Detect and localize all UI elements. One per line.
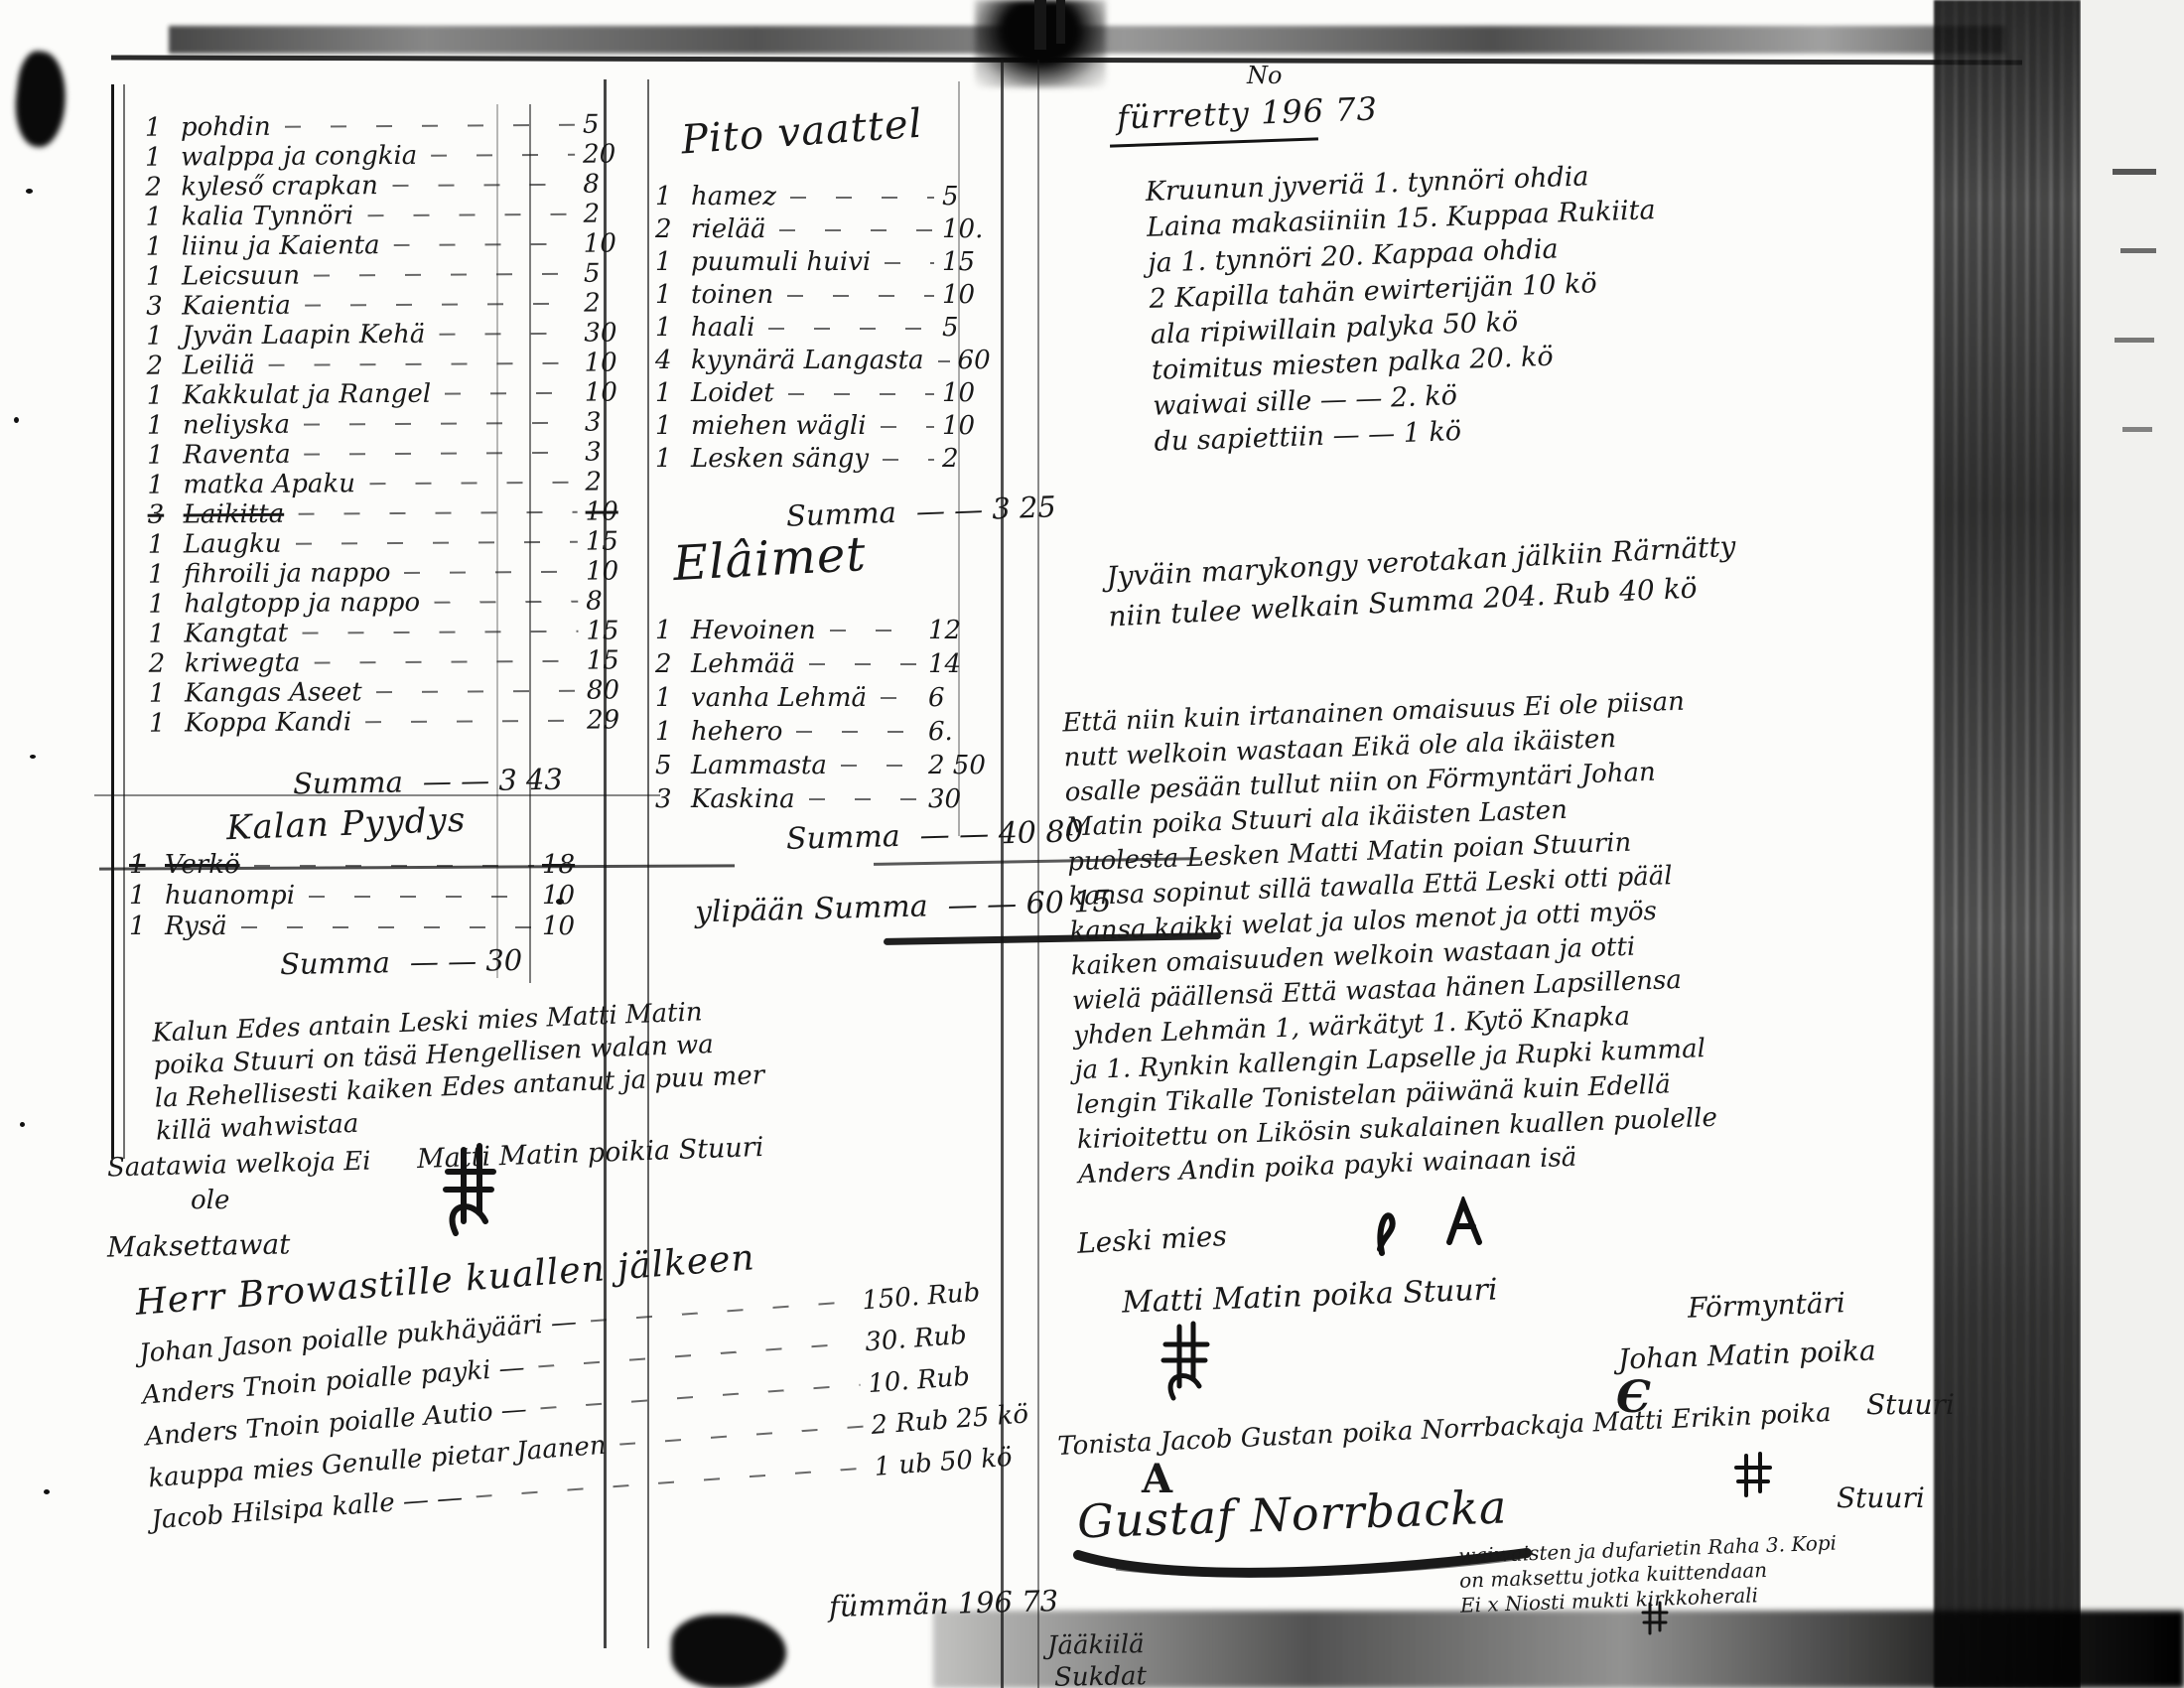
inventory-row: 1 Leicsuun 5	[146, 258, 647, 292]
inventory-row: 1 neliyska 3	[147, 407, 648, 441]
item-value: 8	[586, 586, 649, 616]
item-qty: 2	[149, 649, 185, 679]
margin-line	[123, 84, 125, 1159]
summa-value: — — 30	[410, 943, 523, 979]
inventory-row: 1 Koppa Kandi 29	[149, 705, 650, 739]
tax-note-paragraph: Jyväin marykongy verotakan jälkiin Rärnä…	[1106, 515, 1982, 637]
declaration-paragraph: Kalun Edes antain Leski mies Matti Matin…	[152, 992, 812, 1148]
dash-stroke	[241, 926, 534, 928]
item-qty: 1	[655, 681, 691, 715]
widower-bomaerke-mark	[1154, 1321, 1217, 1404]
item-qty: 4	[655, 345, 691, 377]
item-value: 15	[586, 526, 649, 556]
agreement-paragraph: Että niin kuin irtanainen omaisuus Ei ol…	[1062, 674, 2012, 1194]
inventory-row: 3 Laikitta 10	[148, 496, 649, 530]
closing-bomaerke-mark	[1640, 1601, 1670, 1636]
ink-blob-bottom	[671, 1615, 786, 1688]
inventory-row: 1 fihroili ja nappo 10	[148, 556, 649, 590]
dash-stroke	[768, 328, 934, 330]
item-label: matka Apaku	[183, 469, 361, 499]
item-label: Leicsuun	[182, 261, 306, 292]
item-label: Lesken sängy	[691, 443, 875, 476]
item-value: 18	[542, 850, 606, 881]
item-label: Leiliä	[182, 351, 260, 381]
inventory-row: 1 Jyvän Laapin Kehä 30	[146, 318, 647, 352]
dash-stroke	[883, 459, 934, 461]
ink-speck	[44, 1489, 50, 1494]
item-value: 30	[584, 318, 647, 348]
item-label: kyleső crapkan	[181, 171, 384, 202]
ink-blob-top-left	[10, 49, 70, 149]
item-qty: 2	[655, 647, 691, 681]
claims-line-2: ole	[191, 1186, 229, 1215]
item-qty: 1	[655, 181, 691, 213]
item-label: walppa ja congkia	[181, 141, 423, 173]
dash-stroke	[376, 690, 579, 693]
inventory-row: 2 Leiliä 10	[146, 348, 647, 381]
item-value: 3	[585, 437, 648, 467]
dash-stroke	[404, 571, 578, 574]
dash-stroke	[367, 213, 575, 216]
scanned-document-page: 1 pohdin 5 1 walppa ja congkia 20 2 kyle…	[0, 0, 2184, 1688]
item-value: 5	[942, 181, 998, 213]
bomaerke-mark	[432, 1142, 505, 1241]
summa-value: — — 3 43	[423, 763, 564, 798]
item-value: 10.	[942, 213, 998, 246]
item-label: kalia Tynnöri	[181, 201, 359, 231]
dash-stroke	[369, 482, 577, 485]
item-value: 2	[942, 443, 998, 476]
dash-stroke	[302, 631, 578, 634]
inventory-row: 1 walppa ja congkia 20	[145, 139, 646, 173]
item-value: 15	[586, 616, 649, 645]
item-value: 5	[942, 312, 998, 345]
item-label: Loidet	[691, 377, 780, 410]
dash-stroke	[619, 1426, 863, 1446]
item-value: 10	[586, 496, 649, 526]
inventory-row: 1 Kakkulat ja Rangel 10	[147, 377, 648, 411]
folio-number-label: No	[1247, 62, 1282, 89]
guardian-title: Förmyntäri	[1687, 1286, 1845, 1325]
summa-label: Summa	[293, 765, 403, 800]
item-qty: 1	[146, 262, 182, 292]
scan-bar-top-2	[1056, 0, 1065, 44]
item-label: haali	[691, 312, 760, 345]
item-value: 10	[942, 410, 998, 443]
fishing-row: 1 Verkö 18	[129, 850, 606, 881]
item-label: Kaientia	[182, 291, 297, 322]
header-underline	[1110, 137, 1318, 147]
item-qty: 1	[145, 143, 181, 173]
item-value: 10	[584, 228, 647, 258]
scan-right-margin	[2081, 0, 2184, 1688]
witness-bomaerke-mark	[1732, 1452, 1774, 1499]
item-qty: 1	[655, 246, 691, 279]
animal-row: 1 Hevoinen 12	[655, 614, 998, 647]
item-qty: 3	[655, 782, 691, 816]
dash-stroke	[881, 426, 934, 428]
item-qty: 1	[655, 443, 691, 476]
item-qty: 1	[145, 113, 181, 143]
summa-value: — — 3 25	[915, 490, 1056, 528]
clothing-row: 1 Loidet 10	[655, 377, 998, 410]
grain-paragraph: Kruunun jyveriä 1. tynnöri ohdiaLaina ma…	[1145, 151, 1830, 461]
item-value: 3	[585, 407, 648, 437]
item-value: 8	[583, 169, 646, 199]
item-value: 6	[928, 681, 998, 715]
animal-row: 5 Lammasta 2 50	[655, 749, 998, 782]
ink-mark-1	[1368, 1203, 1402, 1259]
item-label: Laugku	[184, 529, 288, 560]
item-qty: 3	[146, 292, 182, 322]
item-qty: 1	[146, 232, 182, 262]
inventory-row: 2 kyleső crapkan 8	[145, 169, 646, 203]
item-label: Raventa	[183, 440, 297, 471]
animals-list: 1 Hevoinen 12 2 Lehmää 14 1 vanha Lehmä …	[655, 614, 998, 816]
inventory-row: 1 Laugku 15	[148, 526, 649, 560]
item-label: Hevoinen	[691, 614, 822, 647]
inventory-row: 1 matka Apaku 2	[147, 467, 648, 500]
inventory-row: 1 Kangas Aseet 80	[149, 675, 650, 709]
item-value: 10	[542, 881, 606, 912]
item-qty: 1	[655, 410, 691, 443]
inventory-row: 2 kriwegta 15	[149, 645, 650, 679]
dash-stroke	[787, 295, 934, 297]
clothing-row: 1 haali 5	[655, 312, 998, 345]
dash-stroke	[790, 197, 934, 199]
clothing-row: 1 toinen 10	[655, 279, 998, 312]
clothing-list: 1 hamez 5 2 rielää 10. 1 puumuli huivi 1…	[655, 181, 998, 476]
item-value: 6.	[928, 715, 998, 749]
item-value: 10	[942, 377, 998, 410]
item-qty: 1	[655, 279, 691, 312]
item-label: kriwegta	[185, 648, 307, 679]
dash-stroke	[314, 273, 576, 277]
item-value: 2	[583, 199, 646, 228]
item-label: Laikitta	[184, 499, 291, 530]
item-value: 10	[586, 556, 649, 586]
animal-row: 2 Lehmää 14	[655, 647, 998, 681]
dash-stroke	[314, 660, 578, 664]
dash-stroke	[431, 154, 575, 157]
animal-row: 3 Kaskina 30	[655, 782, 998, 816]
item-label: rielää	[691, 213, 771, 246]
item-qty: 1	[149, 709, 185, 739]
item-label: miehen wägli	[691, 410, 873, 443]
item-label: liinu ja Kaienta	[182, 230, 386, 261]
item-qty: 1	[145, 203, 181, 232]
item-value: 12	[928, 614, 998, 647]
inventory-row: 1 Raventa 3	[147, 437, 648, 471]
item-qty: 5	[655, 749, 691, 782]
inventory-row: 3 Kaientia 2	[146, 288, 647, 322]
item-label: Koppa Kandi	[185, 707, 357, 738]
item-qty: 2	[655, 213, 691, 246]
fishing-list: 1 Verkö 18 1 huanompi 10 1 Rysä 10	[129, 850, 606, 942]
item-qty: 1	[129, 912, 165, 942]
item-qty: 1	[147, 471, 183, 500]
item-qty: 1	[148, 590, 184, 620]
item-value: 10	[542, 912, 606, 942]
clothing-row: 2 rielää 10.	[655, 213, 998, 246]
dash-stroke	[788, 393, 934, 395]
animal-row: 1 vanha Lehmä 6	[655, 681, 998, 715]
dash-stroke	[809, 798, 920, 800]
item-qty: 1	[148, 530, 184, 560]
item-qty: 2	[145, 173, 181, 203]
item-label: Verkö	[165, 850, 246, 881]
clothing-row: 4 kyynärä Langasta 60	[655, 345, 998, 377]
inventory-row: 1 liinu ja Kaienta 10	[146, 228, 647, 262]
item-qty: 1	[146, 322, 182, 352]
item-value: 15	[587, 645, 650, 675]
clothing-heading: Pito vaattel	[680, 101, 924, 164]
item-value: 5	[583, 109, 646, 139]
closing-note: waiwaisten ja dufarietin Raha 3. Kopion …	[1458, 1524, 2016, 1618]
scan-bar-top-1	[1034, 0, 1046, 50]
clothing-row: 1 hamez 5	[655, 181, 998, 213]
grand-total: ylipään Summa— — 60 15	[695, 885, 1112, 930]
fishing-row: 1 huanompi 10	[129, 881, 606, 912]
dash-stroke	[541, 1384, 861, 1410]
item-qty: 1	[147, 381, 183, 411]
witness-surname: Stuuri	[1837, 1481, 1925, 1514]
clothing-row: 1 miehen wägli 10	[655, 410, 998, 443]
item-label: pohdin	[181, 112, 277, 143]
item-label: fihroili ja nappo	[184, 558, 397, 589]
item-qty: 1	[148, 620, 184, 649]
item-qty: 1	[129, 881, 165, 912]
edge-fragment	[2115, 338, 2154, 343]
clothing-row: 1 puumuli huivi 15	[655, 246, 998, 279]
item-qty: 1	[147, 411, 183, 441]
dash-stroke	[298, 511, 577, 515]
clothing-summa: Summa— — 3 25	[785, 490, 1056, 532]
summa-label: Summa	[786, 819, 901, 857]
dash-stroke	[779, 229, 934, 231]
fishing-summa: Summa— — 30	[280, 943, 523, 981]
item-value: 2	[585, 467, 648, 496]
dash-stroke	[881, 697, 920, 699]
item-value: 80	[587, 675, 650, 705]
dash-stroke	[445, 392, 577, 395]
dash-stroke	[938, 360, 950, 362]
dash-stroke	[285, 124, 575, 128]
ink-speck	[20, 1122, 25, 1127]
dash-stroke	[796, 731, 920, 733]
animal-row: 1 hehero 6.	[655, 715, 998, 749]
edge-fragment	[2122, 427, 2152, 432]
dash-stroke	[365, 720, 579, 724]
item-value: 10	[584, 348, 647, 377]
dash-stroke	[809, 663, 920, 665]
clothing-row: 1 Lesken sängy 2	[655, 443, 998, 476]
dash-stroke	[439, 333, 576, 336]
item-qty: 1	[655, 312, 691, 345]
item-label: toinen	[691, 279, 779, 312]
item-label: Kangas Aseet	[185, 677, 368, 708]
widower-title: Leski mies	[1076, 1219, 1227, 1260]
dash-stroke	[254, 865, 534, 867]
item-value: 10	[942, 279, 998, 312]
item-qty: 3	[148, 500, 184, 530]
dash-stroke	[477, 1467, 867, 1497]
inventory-row: 1 halgtopp ja nappo 8	[148, 586, 649, 620]
dash-stroke	[538, 1342, 857, 1368]
fishing-heading: Kalan Pyydys	[225, 800, 466, 848]
item-value: 30	[928, 782, 998, 816]
item-value: 29	[587, 705, 650, 735]
item-label: Kaskina	[691, 782, 801, 816]
inventory-row: 1 pohdin 5	[145, 109, 646, 143]
dash-stroke	[591, 1301, 855, 1322]
dash-stroke	[295, 541, 577, 545]
item-label: kyynärä Langasta	[691, 345, 930, 377]
item-label: vanha Lehmä	[691, 681, 873, 715]
page-header-right: fürretty 196 73	[1116, 89, 1378, 136]
bottom-fragment-2: Sukdat	[1054, 1661, 1147, 1688]
inventory-summa: Summa— — 3 43	[293, 763, 563, 801]
dash-stroke	[394, 243, 576, 246]
item-value: 5	[584, 258, 647, 288]
item-value: 14	[928, 647, 998, 681]
dash-stroke	[269, 362, 577, 366]
item-qty: 1	[147, 441, 183, 471]
fishing-row: 1 Rysä 10	[129, 912, 606, 942]
item-value: 10	[585, 377, 648, 407]
item-qty: 1	[655, 377, 691, 410]
dash-stroke	[841, 765, 920, 767]
summa-value: — — 40 80	[919, 814, 1084, 853]
item-label: Kakkulat ja Rangel	[183, 379, 438, 411]
item-label: Rysä	[165, 912, 233, 942]
inventory-list: 1 pohdin 5 1 walppa ja congkia 20 2 kyle…	[145, 109, 650, 739]
item-qty: 1	[655, 715, 691, 749]
item-label: huanompi	[165, 881, 301, 912]
inventory-row: 1 Kangtat 15	[148, 616, 649, 649]
bottom-summa: fümmän 196 73	[829, 1584, 1059, 1623]
item-label: hamez	[691, 181, 782, 213]
payable-label: Maksettawat	[107, 1227, 291, 1263]
item-qty: 2	[146, 352, 182, 381]
dash-stroke	[309, 896, 534, 898]
item-label: hehero	[691, 715, 788, 749]
item-value: 2 50	[928, 749, 998, 782]
item-qty: 1	[148, 560, 184, 590]
dash-stroke	[830, 630, 920, 632]
dash-stroke	[305, 452, 578, 456]
dash-stroke	[305, 303, 576, 307]
item-value: 60	[958, 345, 1014, 377]
item-label: Jyvän Laapin Kehä	[182, 320, 431, 352]
ink-mark-2	[1441, 1196, 1487, 1248]
dash-stroke	[434, 601, 578, 604]
item-label: Kangtat	[184, 619, 294, 649]
item-value: 2	[584, 288, 647, 318]
item-value: 15	[942, 246, 998, 279]
total-label: ylipään Summa	[695, 889, 928, 929]
item-value: 20	[583, 139, 646, 169]
witness-line: Tonista Jacob Gustan poika Norrbackaja M…	[1057, 1398, 1832, 1462]
bottom-fragment-1: Jääkiilä	[1047, 1629, 1145, 1661]
edge-fragment	[2120, 248, 2156, 253]
claims-line-1: Saatawia welkoja Ei	[107, 1147, 371, 1184]
debts-block: Herr Browastille kuallen jälkeen Johan J…	[134, 1214, 1084, 1541]
dash-stroke	[304, 422, 577, 426]
item-label: Lammasta	[691, 749, 833, 782]
item-label: neliyska	[183, 410, 296, 441]
item-qty: 1	[149, 679, 185, 709]
guardian-surname: Stuuri	[1866, 1388, 1955, 1421]
margin-line	[111, 84, 114, 1159]
animals-heading: Elâimet	[672, 526, 868, 592]
ink-speck	[14, 417, 19, 423]
item-qty: 1	[655, 614, 691, 647]
ink-speck	[26, 189, 33, 194]
ink-speck	[30, 755, 36, 759]
item-label: puumuli huivi	[691, 246, 877, 279]
inventory-row: 1 kalia Tynnöri 2	[145, 199, 646, 232]
item-label: Lehmää	[691, 647, 801, 681]
dash-stroke	[885, 262, 934, 264]
edge-fragment	[2113, 169, 2156, 175]
item-label: halgtopp ja nappo	[184, 588, 426, 620]
dash-stroke	[392, 184, 575, 187]
guardian-name: Johan Matin poika	[1618, 1334, 1877, 1375]
item-qty: 1	[129, 850, 165, 881]
widower-name: Matti Matin poika Stuuri	[1122, 1272, 1499, 1320]
summa-label: Summa	[280, 945, 390, 981]
